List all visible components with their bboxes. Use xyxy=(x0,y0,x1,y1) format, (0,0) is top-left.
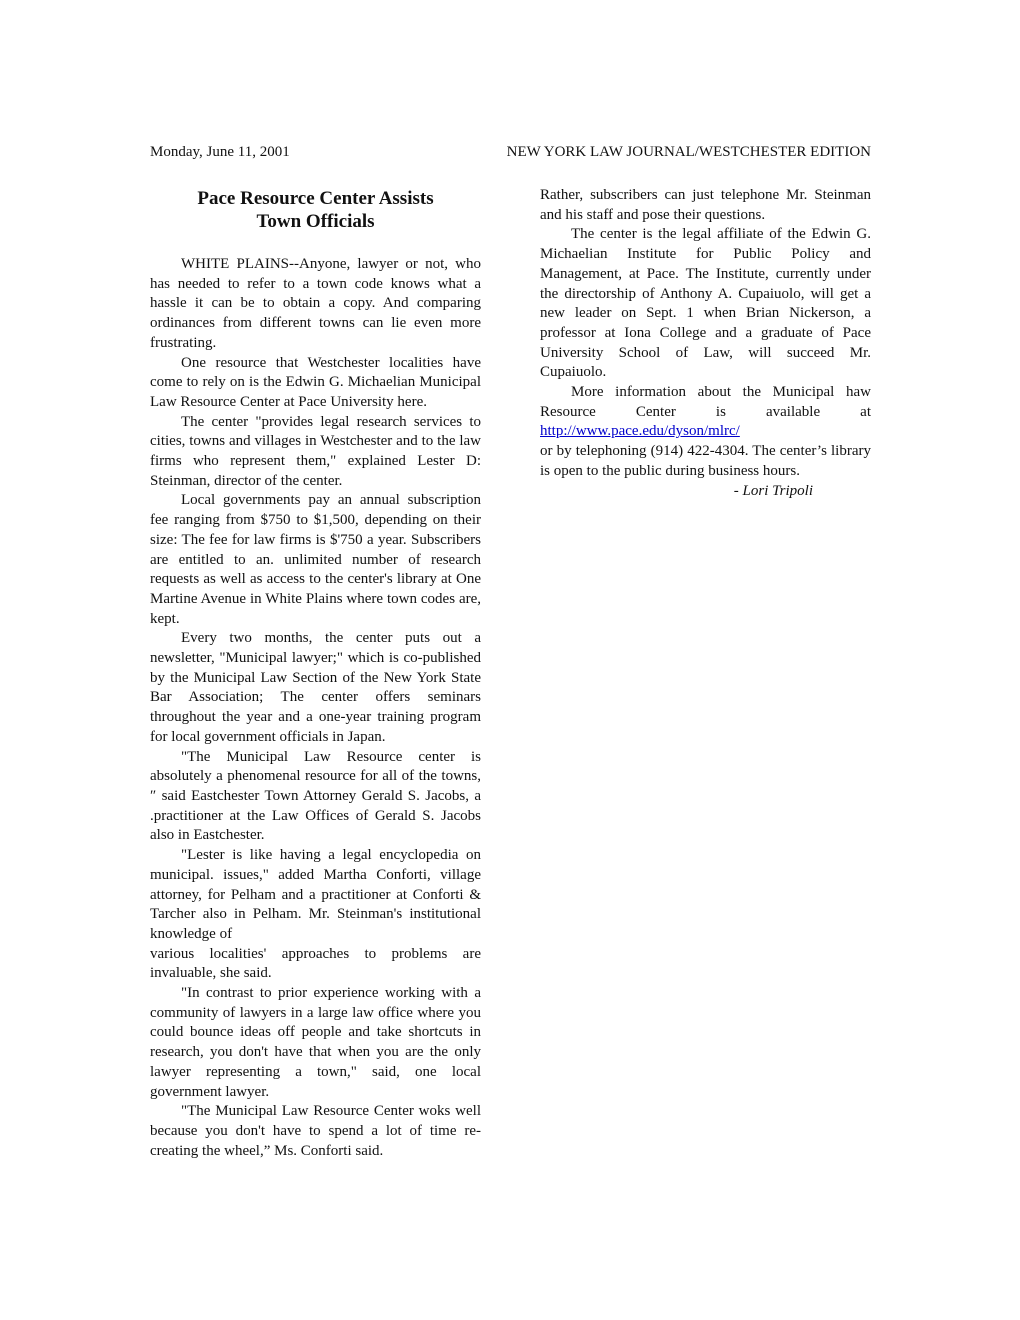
header-publication: NEW YORK LAW JOURNAL/WESTCHESTER EDITION xyxy=(507,143,871,161)
resource-center-link[interactable]: http://www.pace.edu/dyson/mlrc/ xyxy=(540,423,740,439)
title-line-1: Pace Resource Center Assists xyxy=(197,188,433,209)
paragraph-more-info-lead: More information about the Municipal haw… xyxy=(540,383,871,422)
left-column: Pace Resource Center Assists Town Offici… xyxy=(150,187,481,1161)
resource-link-line: http://www.pace.edu/dyson/mlrc/ xyxy=(540,422,871,442)
paragraph: "The Municipal Law Resource center is ab… xyxy=(150,748,481,847)
paragraph: Every two months, the center puts out a … xyxy=(150,629,481,747)
article-title: Pace Resource Center Assists Town Offici… xyxy=(150,187,481,233)
paragraph: "The Municipal Law Resource Center woks … xyxy=(150,1102,481,1161)
paragraph: The center "provides legal research serv… xyxy=(150,413,481,492)
right-column: Rather, subscribers can just telephone M… xyxy=(540,186,871,501)
paragraph: "Lester is like having a legal encyclope… xyxy=(150,846,481,984)
paragraph: The center is the legal affiliate of the… xyxy=(540,225,871,383)
paragraph: WHITE PLAINS--Anyone, lawyer or not, who… xyxy=(150,255,481,354)
paragraph: One resource that Westchester localities… xyxy=(150,354,481,413)
paragraph: Rather, subscribers can just telephone M… xyxy=(540,186,871,225)
document-page: Monday, June 11, 2001 NEW YORK LAW JOURN… xyxy=(0,0,1020,1320)
paragraph: "In contrast to prior experience working… xyxy=(150,984,481,1102)
byline: - Lori Tripoli xyxy=(540,482,871,502)
title-line-2: Town Officials xyxy=(256,211,374,232)
header-date: Monday, June 11, 2001 xyxy=(150,143,290,161)
paragraph-more-info-rest: or by telephoning (914) 422-4304. The ce… xyxy=(540,442,871,481)
paragraph: Local governments pay an annual subscrip… xyxy=(150,491,481,629)
